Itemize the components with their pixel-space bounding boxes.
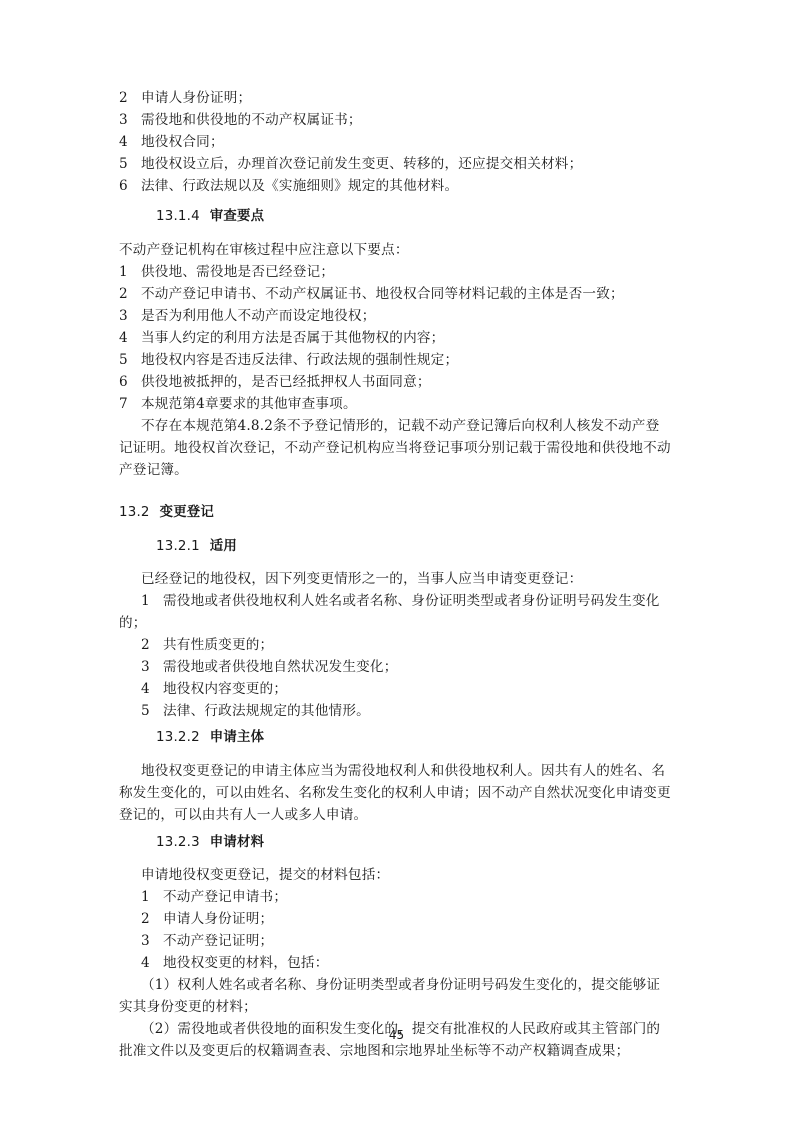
line-text: 申请人身份证明； xyxy=(163,911,273,927)
paragraph-line: 称发生变化的，可以由姓名、名称发生变化的权利人申请；因不动产自然状况变化申请变更 xyxy=(119,784,671,802)
line-text: 共有性质变更的； xyxy=(163,637,273,653)
list-item: 6法律、行政法规以及《实施细则》规定的其他材料。 xyxy=(119,177,458,195)
line-text: 不动产登记证明； xyxy=(163,933,273,949)
section-title: 审查要点 xyxy=(210,209,264,224)
list-item: 3不动产登记证明； xyxy=(141,932,273,950)
line-text: 地役权合同； xyxy=(141,134,224,150)
list-item: 4当事人约定的利用方法是否属于其他物权的内容； xyxy=(119,329,444,347)
line-text: 地役权变更的材料，包括： xyxy=(163,955,329,971)
line-text: （1）权利人姓名或者名称、身份证明类型或者身份证明号码发生变化的，提交能够证 xyxy=(141,977,660,993)
section-title: 变更登记 xyxy=(160,505,214,520)
item-number: 7 xyxy=(119,395,141,413)
paragraph-line: 不动产登记机构在审核过程中应注意以下要点： xyxy=(119,241,409,259)
section-heading: 13.2.3申请材料 xyxy=(156,834,264,852)
paragraph-line: 记证明。地役权首次登记，不动产登记机构应当将登记事项分别记载于需役地和供役地不动 xyxy=(119,439,671,457)
list-item: 2共有性质变更的； xyxy=(141,636,273,654)
line-text: 供役地、需役地是否已经登记； xyxy=(141,264,334,280)
paragraph-line: 实其身份变更的材料； xyxy=(119,998,257,1016)
item-number: 3 xyxy=(119,111,141,129)
section-number: 13.2.3 xyxy=(156,835,200,850)
list-item: 4地役权内容变更的； xyxy=(141,680,287,698)
line-text: 实其身份变更的材料； xyxy=(119,999,257,1015)
item-number: 6 xyxy=(119,373,141,391)
list-item: 4地役权合同； xyxy=(119,133,224,151)
item-number: 2 xyxy=(141,910,163,928)
item-number: 3 xyxy=(141,932,163,950)
line-text: 不动产登记申请书； xyxy=(163,889,287,905)
item-number: 5 xyxy=(141,702,163,720)
line-text: 需役地或者供役地自然状况发生变化； xyxy=(163,659,398,675)
section-heading: 13.2.1适用 xyxy=(156,538,237,556)
section-heading: 13.2变更登记 xyxy=(119,504,214,522)
paragraph-line: 地役权变更登记的申请主体应当为需役地权利人和供役地权利人。因共有人的姓名、名 xyxy=(141,762,665,780)
item-number: 1 xyxy=(141,888,163,906)
paragraph-line: 产登记簿。 xyxy=(119,461,188,479)
section-number: 13.1.4 xyxy=(156,209,200,224)
item-number: 4 xyxy=(119,133,141,151)
line-text: 法律、行政法规以及《实施细则》规定的其他材料。 xyxy=(141,178,458,194)
line-text: 需役地或者供役地权利人姓名或者名称、身份证明类型或者身份证明号码发生变化 xyxy=(163,593,660,609)
paragraph-line: 登记的，可以由共有人一人或多人申请。 xyxy=(119,806,367,824)
line-text: 地役权内容变更的； xyxy=(163,681,287,697)
list-item: 1需役地或者供役地权利人姓名或者名称、身份证明类型或者身份证明号码发生变化 xyxy=(141,592,660,610)
list-item: 5地役权设立后，办理首次登记前发生变更、转移的，还应提交相关材料； xyxy=(119,155,582,173)
paragraph-line: 批准文件以及变更后的权籍调查表、宗地图和宗地界址坐标等不动产权籍调查成果； xyxy=(119,1042,629,1060)
paragraph-line: 不存在本规范第4.8.2条不予登记情形的，记载不动产登记簿后向权利人核发不动产登 xyxy=(141,417,659,435)
paragraph-line: 已经登记的地役权，因下列变更情形之一的，当事人应当申请变更登记： xyxy=(141,570,582,588)
list-item: 7本规范第4章要求的其他审查事项。 xyxy=(119,395,357,413)
item-number: 3 xyxy=(119,307,141,325)
list-item: 3需役地或者供役地自然状况发生变化； xyxy=(141,658,398,676)
list-item: 2申请人身份证明； xyxy=(119,89,251,107)
item-number: 4 xyxy=(141,680,163,698)
item-number: 4 xyxy=(119,329,141,347)
line-text: 登记的，可以由共有人一人或多人申请。 xyxy=(119,807,367,823)
section-title: 申请主体 xyxy=(210,730,264,745)
line-text: 是否为利用他人不动产而设定地役权； xyxy=(141,308,376,324)
line-text: 法律、行政法规规定的其他情形。 xyxy=(163,703,370,719)
line-text: 记证明。地役权首次登记，不动产登记机构应当将登记事项分别记载于需役地和供役地不动 xyxy=(119,440,671,456)
paragraph-line: 的； xyxy=(119,614,147,632)
list-item: 3需役地和供役地的不动产权属证书； xyxy=(119,111,362,129)
list-item: 6供役地被抵押的，是否已经抵押权人书面同意； xyxy=(119,373,431,391)
line-text: 当事人约定的利用方法是否属于其他物权的内容； xyxy=(141,330,444,346)
line-text: 本规范第4章要求的其他审查事项。 xyxy=(141,396,357,412)
line-text: 地役权变更登记的申请主体应当为需役地权利人和供役地权利人。因共有人的姓名、名 xyxy=(141,763,665,779)
list-item: 4地役权变更的材料，包括： xyxy=(141,954,329,972)
line-text: 已经登记的地役权，因下列变更情形之一的，当事人应当申请变更登记： xyxy=(141,571,582,587)
item-number: 2 xyxy=(119,285,141,303)
line-text: 不存在本规范第4.8.2条不予登记情形的，记载不动产登记簿后向权利人核发不动产登 xyxy=(141,418,659,434)
line-text: 地役权内容是否违反法律、行政法规的强制性规定； xyxy=(141,352,458,368)
line-text: 称发生变化的，可以由姓名、名称发生变化的权利人申请；因不动产自然状况变化申请变更 xyxy=(119,785,671,801)
item-number: 3 xyxy=(141,658,163,676)
section-number: 13.2 xyxy=(119,505,150,520)
list-item: 5地役权内容是否违反法律、行政法规的强制性规定； xyxy=(119,351,458,369)
item-number: 4 xyxy=(141,954,163,972)
section-heading: 13.2.2申请主体 xyxy=(156,729,264,747)
section-heading: 13.1.4审查要点 xyxy=(156,208,264,226)
list-item: 1供役地、需役地是否已经登记； xyxy=(119,263,334,281)
line-text: 申请人身份证明； xyxy=(141,90,251,106)
line-text: 不动产登记申请书、不动产权属证书、地役权合同等材料记载的主体是否一致； xyxy=(141,286,624,302)
page-number: 45 xyxy=(0,1028,793,1042)
line-text: 供役地被抵押的，是否已经抵押权人书面同意； xyxy=(141,374,431,390)
list-item: 2不动产登记申请书、不动产权属证书、地役权合同等材料记载的主体是否一致； xyxy=(119,285,624,303)
item-number: 1 xyxy=(119,263,141,281)
line-text: 不动产登记机构在审核过程中应注意以下要点： xyxy=(119,242,409,258)
item-number: 1 xyxy=(141,592,163,610)
line-text: 申请地役权变更登记，提交的材料包括： xyxy=(141,867,389,883)
paragraph-line: （1）权利人姓名或者名称、身份证明类型或者身份证明号码发生变化的，提交能够证 xyxy=(141,976,660,994)
list-item: 2申请人身份证明； xyxy=(141,910,273,928)
paragraph-line: 申请地役权变更登记，提交的材料包括： xyxy=(141,866,389,884)
line-text: 的； xyxy=(119,615,147,631)
list-item: 3是否为利用他人不动产而设定地役权； xyxy=(119,307,376,325)
section-number: 13.2.1 xyxy=(156,539,200,554)
line-text: 产登记簿。 xyxy=(119,462,188,478)
item-number: 2 xyxy=(119,89,141,107)
line-text: 需役地和供役地的不动产权属证书； xyxy=(141,112,362,128)
section-number: 13.2.2 xyxy=(156,730,200,745)
list-item: 5法律、行政法规规定的其他情形。 xyxy=(141,702,370,720)
section-title: 申请材料 xyxy=(210,835,264,850)
line-text: 批准文件以及变更后的权籍调查表、宗地图和宗地界址坐标等不动产权籍调查成果； xyxy=(119,1043,629,1059)
line-text: 地役权设立后，办理首次登记前发生变更、转移的，还应提交相关材料； xyxy=(141,156,582,172)
item-number: 6 xyxy=(119,177,141,195)
item-number: 5 xyxy=(119,351,141,369)
section-title: 适用 xyxy=(210,539,237,554)
item-number: 2 xyxy=(141,636,163,654)
list-item: 1不动产登记申请书； xyxy=(141,888,287,906)
item-number: 5 xyxy=(119,155,141,173)
